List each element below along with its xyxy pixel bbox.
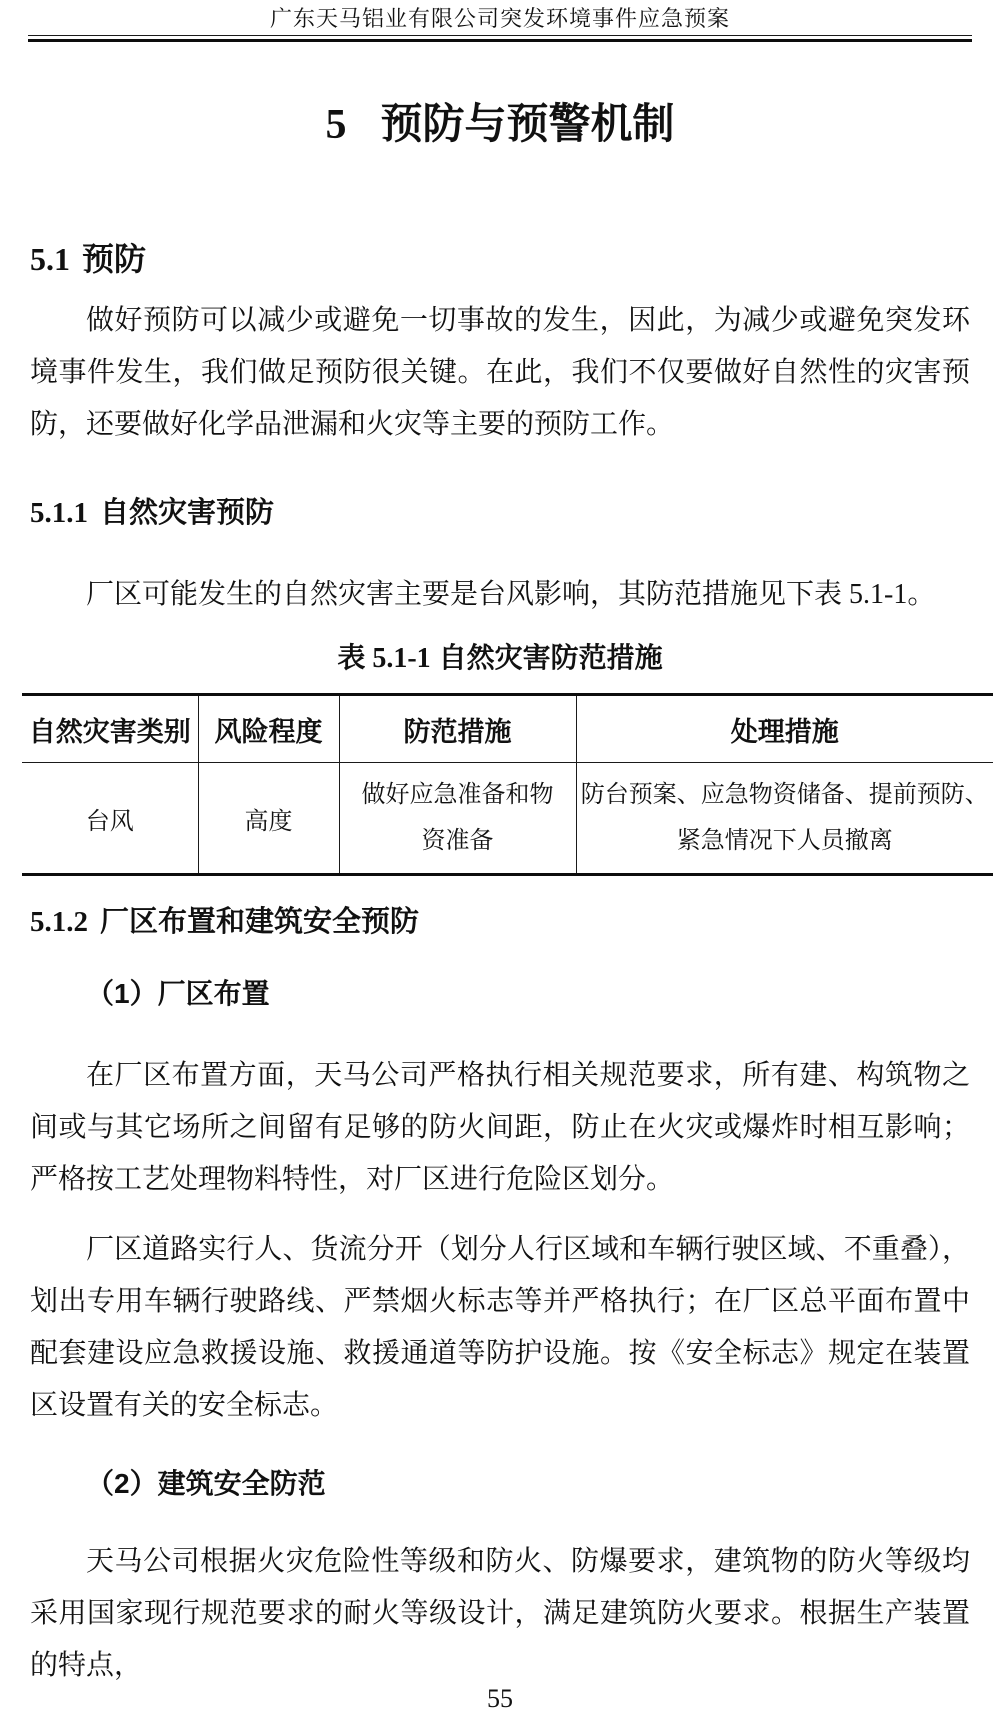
table-header-risk: 风险程度 xyxy=(198,695,339,763)
cell-risk: 高度 xyxy=(198,763,339,875)
table-caption-text: 自然灾害防范措施 xyxy=(439,643,663,674)
section-5-1-2-title: 厂区布置和建筑安全预防 xyxy=(100,906,419,938)
cell-prevention: 做好应急准备和物 资准备 xyxy=(339,763,576,875)
table-caption: 表 5.1-1自然灾害防范措施 xyxy=(30,639,970,679)
running-header: 广东天马铝业有限公司突发环境事件应急预案 xyxy=(0,0,1000,32)
table-header-category: 自然灾害类别 xyxy=(22,695,198,763)
table-header-row: 自然灾害类别 风险程度 防范措施 处理措施 xyxy=(22,695,993,763)
table-row: 台风 高度 做好应急准备和物 资准备 防台预案、应急物资储备、提前预防、 紧急情… xyxy=(22,763,993,875)
section-5-1-1-title: 自然灾害预防 xyxy=(100,497,274,529)
section-heading-5-1: 5.1预防 xyxy=(30,237,970,281)
document-page: 广东天马铝业有限公司突发环境事件应急预案 5预防与预警机制 5.1预防 做好预防… xyxy=(0,0,1000,1728)
page-content: 5预防与预警机制 5.1预防 做好预防可以减少或避免一切事故的发生，因此，为减少… xyxy=(0,98,1000,1692)
clause-heading-1: （1）厂区布置 xyxy=(30,974,970,1014)
table-caption-number: 表 5.1-1 xyxy=(337,643,430,674)
section-5-1-number: 5.1 xyxy=(30,241,70,277)
cell-handling-line2: 紧急情况下人员撤离 xyxy=(581,818,990,864)
clause-heading-2: （2）建筑安全防范 xyxy=(30,1464,970,1504)
cell-prevention-line2: 资准备 xyxy=(344,818,572,864)
chapter-title-text: 预防与预警机制 xyxy=(380,100,674,147)
section-heading-5-1-1: 5.1.1自然灾害预防 xyxy=(30,493,970,533)
natural-disaster-table: 自然灾害类别 风险程度 防范措施 处理措施 台风 高度 做好应急准备和物 资准备… xyxy=(22,693,993,876)
paragraph-clause1-2: 厂区道路实行人、货流分开（划分人行区域和车辆行驶区域、不重叠），划出专用车辆行驶… xyxy=(30,1224,970,1432)
section-5-1-1-number: 5.1.1 xyxy=(30,497,88,529)
table-header-handling: 处理措施 xyxy=(576,695,993,763)
paragraph-clause1-1: 在厂区布置方面，天马公司严格执行相关规范要求，所有建、构筑物之间或与其它场所之间… xyxy=(30,1050,970,1206)
chapter-title: 5预防与预警机制 xyxy=(30,98,970,151)
table-header-prevention: 防范措施 xyxy=(339,695,576,763)
header-rule xyxy=(28,35,972,42)
cell-category: 台风 xyxy=(22,763,198,875)
paragraph-clause2-1: 天马公司根据火灾危险性等级和防火、防爆要求，建筑物的防火等级均采用国家现行规范要… xyxy=(30,1536,970,1692)
section-5-1-title: 预防 xyxy=(82,241,146,277)
paragraph-5-1: 做好预防可以减少或避免一切事故的发生，因此，为减少或避免突发环境事件发生，我们做… xyxy=(30,295,970,451)
paragraph-5-1-1: 厂区可能发生的自然灾害主要是台风影响，其防范措施见下表 5.1-1。 xyxy=(30,569,970,621)
page-number: 55 xyxy=(0,1684,1000,1714)
cell-handling: 防台预案、应急物资储备、提前预防、 紧急情况下人员撤离 xyxy=(576,763,993,875)
cell-handling-line1: 防台预案、应急物资储备、提前预防、 xyxy=(581,772,990,818)
cell-prevention-line1: 做好应急准备和物 xyxy=(344,772,572,818)
section-5-1-2-number: 5.1.2 xyxy=(30,906,88,938)
chapter-number: 5 xyxy=(325,102,346,148)
section-heading-5-1-2: 5.1.2厂区布置和建筑安全预防 xyxy=(30,902,970,942)
